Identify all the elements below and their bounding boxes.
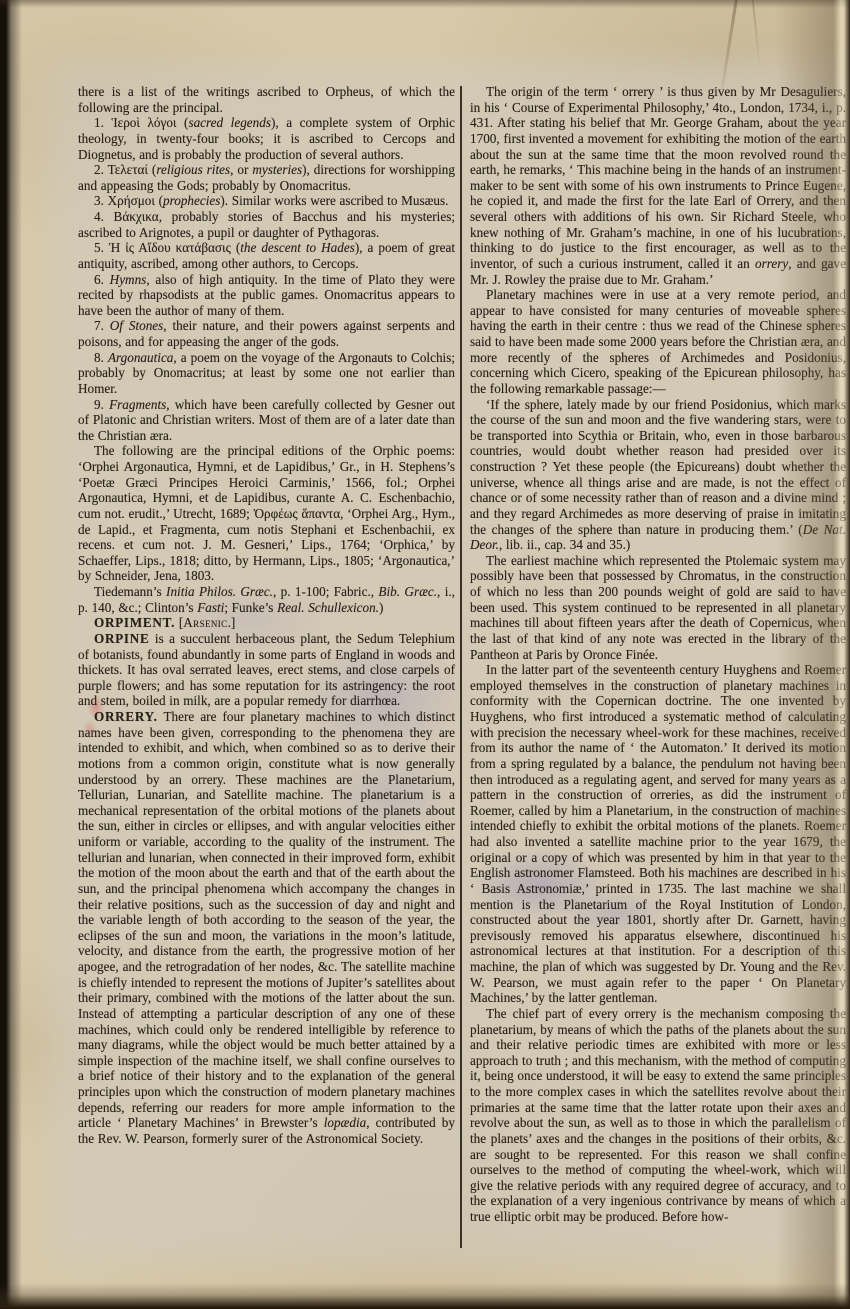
text-run: There are four planetary machines to whi… xyxy=(78,709,455,1130)
page-edge-top xyxy=(0,0,850,8)
text-run: Of Stones xyxy=(110,318,164,333)
page-edge-right xyxy=(775,0,850,1309)
orpheus-item-6: 6. Hymns, also of high antiquity. In the… xyxy=(78,272,455,319)
headword: ORPIMENT. xyxy=(94,615,175,630)
text-run: Hymns xyxy=(110,272,147,287)
entry-orrery: ORRERY. There are four planetary machine… xyxy=(78,709,455,1147)
text-run: 3. Χρήσμοι ( xyxy=(94,193,163,208)
orphic-editions: The following are the principal editions… xyxy=(78,443,455,584)
text-run: sacred legends xyxy=(188,115,271,130)
orpheus-item-8: 8. Argonautica, a poem on the voyage of … xyxy=(78,350,455,397)
entry-orpine: ORPINE is a succulent herbaceous plant, … xyxy=(78,631,455,709)
text-run: Real. Schullexicon. xyxy=(277,600,379,615)
text-run: , p. 1-100; Fabric., xyxy=(273,584,378,599)
orpheus-item-9: 9. Fragments, which have been carefully … xyxy=(78,397,455,444)
text-run: ) xyxy=(379,600,383,615)
text-run: Initia Philos. Græc. xyxy=(166,584,273,599)
text-run: mysteries xyxy=(252,162,302,177)
text-run: 6. xyxy=(94,272,110,287)
text-run: Arsenic xyxy=(183,615,227,630)
entry-orpiment: ORPIMENT. [Arsenic.] xyxy=(78,615,455,631)
orphic-references: Tiedemann’s Initia Philos. Græc., p. 1-1… xyxy=(78,584,455,615)
text-run: The following are the principal editions… xyxy=(78,443,455,583)
text-run: there is a list of the writings ascribed… xyxy=(78,84,455,115)
text-run: 4. Βάκχικα, probably stories of Bacchus … xyxy=(78,209,455,240)
text-run: , lib. ii., cap. 34 and 35.) xyxy=(499,537,630,552)
orpheus-item-7: 7. Of Stones, their nature, and their po… xyxy=(78,318,455,349)
text-run: 1. Ἱεροὶ λόγοι ( xyxy=(94,115,188,130)
text-run: Fragments xyxy=(109,397,166,412)
orpheus-item-2: 2. Τελεταί (religious rites, or mysterie… xyxy=(78,162,455,193)
text-run: the descent to Hades xyxy=(240,240,355,255)
column-divider-rule xyxy=(460,86,462,1248)
text-run: lopædia xyxy=(324,1115,367,1130)
text-run: Fasti xyxy=(197,600,224,615)
text-run: 8. xyxy=(94,350,108,365)
text-run: Tiedemann’s xyxy=(94,584,166,599)
page-edge-left xyxy=(0,0,22,1309)
text-run: .] xyxy=(228,615,236,630)
column-left: there is a list of the writings ascribed… xyxy=(78,84,455,1256)
text-run: , or xyxy=(230,162,252,177)
text-run: 5. Ἡ ἰς Αἴδου κατάβασις ( xyxy=(94,240,240,255)
headword: ORPINE xyxy=(94,631,150,646)
scanned-book-page: there is a list of the writings ascribed… xyxy=(0,0,850,1309)
text-run: Argonautica xyxy=(108,350,173,365)
text-run: religious rites xyxy=(156,162,230,177)
text-run: 2. Τελεταί ( xyxy=(94,162,156,177)
text-run: 7. xyxy=(94,318,110,333)
headword: ORRERY. xyxy=(94,709,158,724)
orpheus-item-4: 4. Βάκχικα, probably stories of Bacchus … xyxy=(78,209,455,240)
text-run: Bib. Græc. xyxy=(378,584,437,599)
text-run: 9. xyxy=(94,397,109,412)
orpheus-intro: there is a list of the writings ascribed… xyxy=(78,84,455,115)
page-edge-bottom xyxy=(0,1283,850,1309)
orpheus-item-3: 3. Χρήσμοι (prophecies). Similar works w… xyxy=(78,193,455,209)
text-run: ). Similar works were ascribed to Musæus… xyxy=(220,193,448,208)
text-run: prophecies xyxy=(163,193,220,208)
orpheus-item-5: 5. Ἡ ἰς Αἴδου κατάβασις (the descent to … xyxy=(78,240,455,271)
text-run: ; Funke’s xyxy=(224,600,277,615)
orpheus-item-1: 1. Ἱεροὶ λόγοι (sacred legends), a compl… xyxy=(78,115,455,162)
paper-crease xyxy=(751,0,760,66)
